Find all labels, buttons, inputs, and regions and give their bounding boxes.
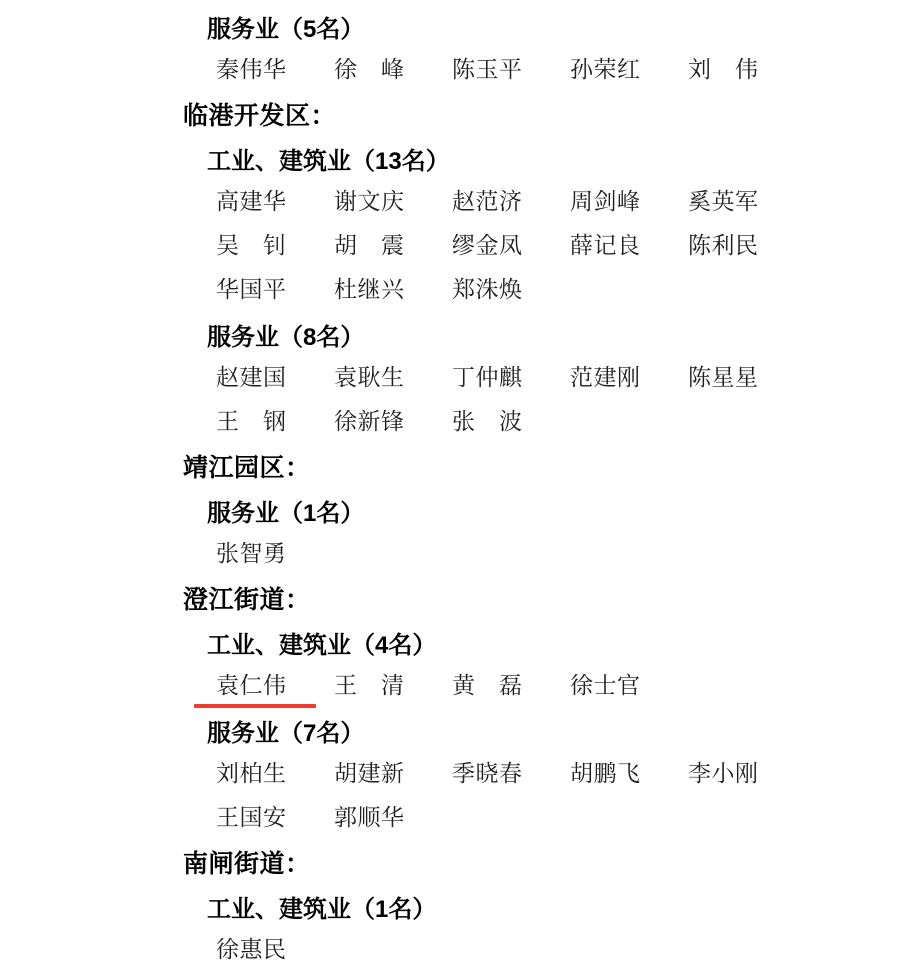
document-page: 服务业（5名） 秦伟华 徐峰 陈玉平 孙荣红 刘伟 临港开发区： 工业、建筑业（… xyxy=(0,0,900,972)
text-line: 吴钊 胡震 缪金凤 薛记良 陈利民 xyxy=(0,224,900,268)
text-line: 徐惠民 xyxy=(0,928,900,972)
person-name: 季晓春 xyxy=(452,760,522,788)
person-name: 孙荣红 xyxy=(570,56,640,84)
text-line: 临港开发区： xyxy=(0,92,900,136)
text-line: 服务业（7名） xyxy=(0,708,900,752)
person-name: 刘伟 xyxy=(688,56,758,84)
person-name: 袁耿生 xyxy=(334,364,404,392)
section-heading: 服务业（1名） xyxy=(207,493,364,528)
person-name: 胡鹏飞 xyxy=(570,760,640,788)
person-name: 赵建国 xyxy=(216,364,286,392)
person-name: 胡建新 xyxy=(334,760,404,788)
person-name: 李小刚 xyxy=(688,760,758,788)
person-name: 吴钊 xyxy=(216,232,286,260)
section-heading: 工业、建筑业（1名） xyxy=(207,889,436,924)
text-line: 袁仁伟 王清 黄磊 徐士官 xyxy=(0,664,900,708)
text-line: 张智勇 xyxy=(0,532,900,576)
text-line: 王钢 徐新锋 张波 xyxy=(0,400,900,444)
person-name-highlighted: 袁仁伟 xyxy=(216,672,286,700)
person-name: 郑洙焕 xyxy=(452,276,522,304)
section-heading: 工业、建筑业（4名） xyxy=(207,625,436,660)
text-line: 刘柏生 胡建新 季晓春 胡鹏飞 李小刚 xyxy=(0,752,900,796)
person-name: 徐惠民 xyxy=(216,936,286,964)
text-line: 服务业（8名） xyxy=(0,312,900,356)
district-heading: 临港开发区： xyxy=(183,96,336,132)
person-name: 陈星星 xyxy=(688,364,758,392)
person-name: 华国平 xyxy=(216,276,286,304)
text-line: 服务业（1名） xyxy=(0,488,900,532)
highlight-underline xyxy=(194,704,316,708)
text-line: 华国平 杜继兴 郑洙焕 xyxy=(0,268,900,312)
person-name: 王国安 xyxy=(216,804,286,832)
section-heading: 工业、建筑业（13名） xyxy=(207,141,450,176)
text-line: 南闸街道： xyxy=(0,840,900,884)
person-name: 丁仲麒 xyxy=(452,364,522,392)
person-name: 黄磊 xyxy=(452,672,522,700)
text-line: 赵建国 袁耿生 丁仲麒 范建刚 陈星星 xyxy=(0,356,900,400)
person-name: 张智勇 xyxy=(216,540,286,568)
person-name: 胡震 xyxy=(334,232,404,260)
text-line: 工业、建筑业（13名） xyxy=(0,136,900,180)
person-name: 缪金凤 xyxy=(452,232,522,260)
text-line: 服务业（5名） xyxy=(0,4,900,48)
text-line: 王国安 郭顺华 xyxy=(0,796,900,840)
text-line: 高建华 谢文庆 赵范济 周剑峰 奚英军 xyxy=(0,180,900,224)
person-name: 薛记良 xyxy=(570,232,640,260)
person-name: 陈玉平 xyxy=(452,56,522,84)
person-name: 奚英军 xyxy=(688,188,758,216)
text-line: 秦伟华 徐峰 陈玉平 孙荣红 刘伟 xyxy=(0,48,900,92)
section-heading: 服务业（8名） xyxy=(207,317,364,352)
person-name: 徐新锋 xyxy=(334,408,404,436)
district-heading: 靖江园区： xyxy=(183,448,311,484)
person-name: 徐士官 xyxy=(570,672,640,700)
person-name: 谢文庆 xyxy=(334,188,404,216)
district-heading: 南闸街道： xyxy=(183,844,311,880)
person-name: 陈利民 xyxy=(688,232,758,260)
person-name: 刘柏生 xyxy=(216,760,286,788)
person-name: 王清 xyxy=(334,672,404,700)
text-line: 工业、建筑业（4名） xyxy=(0,620,900,664)
person-name: 秦伟华 xyxy=(216,56,286,84)
person-name: 赵范济 xyxy=(452,188,522,216)
section-heading: 服务业（5名） xyxy=(207,9,364,44)
person-name: 张波 xyxy=(452,408,522,436)
person-name: 王钢 xyxy=(216,408,286,436)
text-line: 澄江街道： xyxy=(0,576,900,620)
text-line: 靖江园区： xyxy=(0,444,900,488)
person-name: 郭顺华 xyxy=(334,804,404,832)
person-name: 高建华 xyxy=(216,188,286,216)
person-name: 杜继兴 xyxy=(334,276,404,304)
person-name: 徐峰 xyxy=(334,56,404,84)
section-heading: 服务业（7名） xyxy=(207,713,364,748)
person-name: 范建刚 xyxy=(570,364,640,392)
text-line: 工业、建筑业（1名） xyxy=(0,884,900,928)
district-heading: 澄江街道： xyxy=(183,580,311,616)
person-name: 周剑峰 xyxy=(570,188,640,216)
